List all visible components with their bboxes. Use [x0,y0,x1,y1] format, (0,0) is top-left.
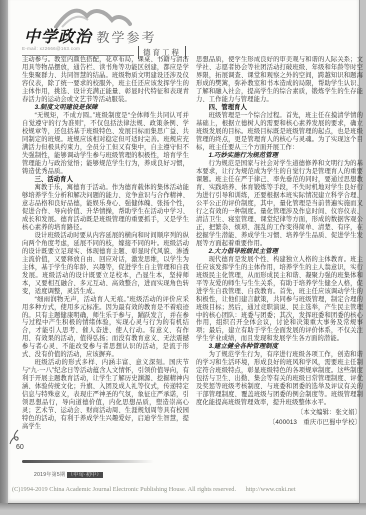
masthead: 中学政治 教学参考 E-mail: xz2666@163.com 德育工程 [14,6,214,58]
copyright-text: (C)1994-2019 China Academic Journal Elec… [12,486,236,493]
paragraph: 主动参与。教室内颜色搭配，花草布局，课桌、书籍与清洁用具等物品摆放，通告栏、读书… [22,56,189,104]
paragraph: 行为规范是国家与社会对学生道德修养和文明行为的基本要求，让行为规范成为学生的自觉… [196,160,363,248]
footer-rule [22,460,154,463]
scan-bottom-edge [0,503,366,515]
paragraph: “细雨润物无声，活动育人无痕。”班级活动的评价应采用多种方式，使用多元标准。因为… [22,296,189,360]
paragraph: “无规矩，不成方圆。”班级制度是“全体师生共同认可并自觉遵守的行为准则”，不仅包… [22,112,189,176]
cnki-url: http://www.cnki.net [246,486,296,493]
paragraph: 为了规范学生行为，有序进行班级各项工作，创造和谐的学习和生活环境，形成良好的班风… [196,351,363,407]
journal-page: 中学政治 教学参考 E-mail: xz2666@163.com 德育工程 主动… [8,0,360,504]
article-body: 主动参与。教室内颜色搭配，花草布局，课桌、书籍与清洁用具等物品摆放，通告栏、读书… [22,56,363,460]
page-number: 60 [16,444,24,451]
note-line: 〔本文编辑：张文娟〕 [196,409,363,417]
scan-left-edge [0,0,8,515]
column-left: 主动参与。教室内颜色搭配，花草布局，课桌、书籍与清洁用具等物品摆放，通告栏、读书… [22,56,189,460]
paragraph: 思想品质，使学生形成良好的审美观与和谐的人际关系；文学社、志愿者协会等社团活动打… [196,56,363,104]
section-heading: 2.大力倡导班级民主管理 [196,248,363,256]
paragraph: 设计班级活动时要从内容延展的横向和时间顺序列的纵向两个角度考虑，延展不同的枝，嫁… [22,232,189,296]
issue-prefix: 2019年第5期 [34,472,65,478]
section-heading: 四、管理育人 [196,104,363,112]
section-heading: 3.制度文明建设是保障 [22,104,189,112]
paragraph: 寓教于乐，寓德育于活动。作为德育载体的集体活动能够培养学生分析和解决问题的能力、… [22,184,189,232]
paragraph: 班级管理是一个综合过程。首先，班主任在摸清学情的基础上，根据立德树人的需要和核心… [196,112,363,152]
column-right: 思想品质，使学生形成良好的审美观与和谐的人际关系；文学社、志愿者协会等社团活动打… [196,56,363,460]
section-heading: 1.巧妙实施行为规范管理 [196,152,363,160]
section-heading: 三、活动育人 [22,176,189,184]
scanned-journal-page: { "masthead": { "logo_title": "中学政治", "l… [0,0,366,515]
note-line: 〔400013 重庆市巴蜀中学校〕 [196,419,363,427]
copyright-line: (C)1994-2019 China Academic Journal Elec… [12,486,356,493]
paragraph: 班级活动的形式多样、内涵丰富、意义深刻。国庆节与“九·一八”纪念日等活动蕴含人文… [22,359,189,431]
journal-subtitle: 教学参考 [96,30,156,45]
paragraph: 现代德育是发展个性、构建独立人格的主体教育。班主任应该发挥学生的主体作用，培养学… [196,256,363,344]
issue-line: 2019年第5期 （中旬·初中） [34,471,103,478]
issue-edition: （中旬·初中） [67,472,103,478]
